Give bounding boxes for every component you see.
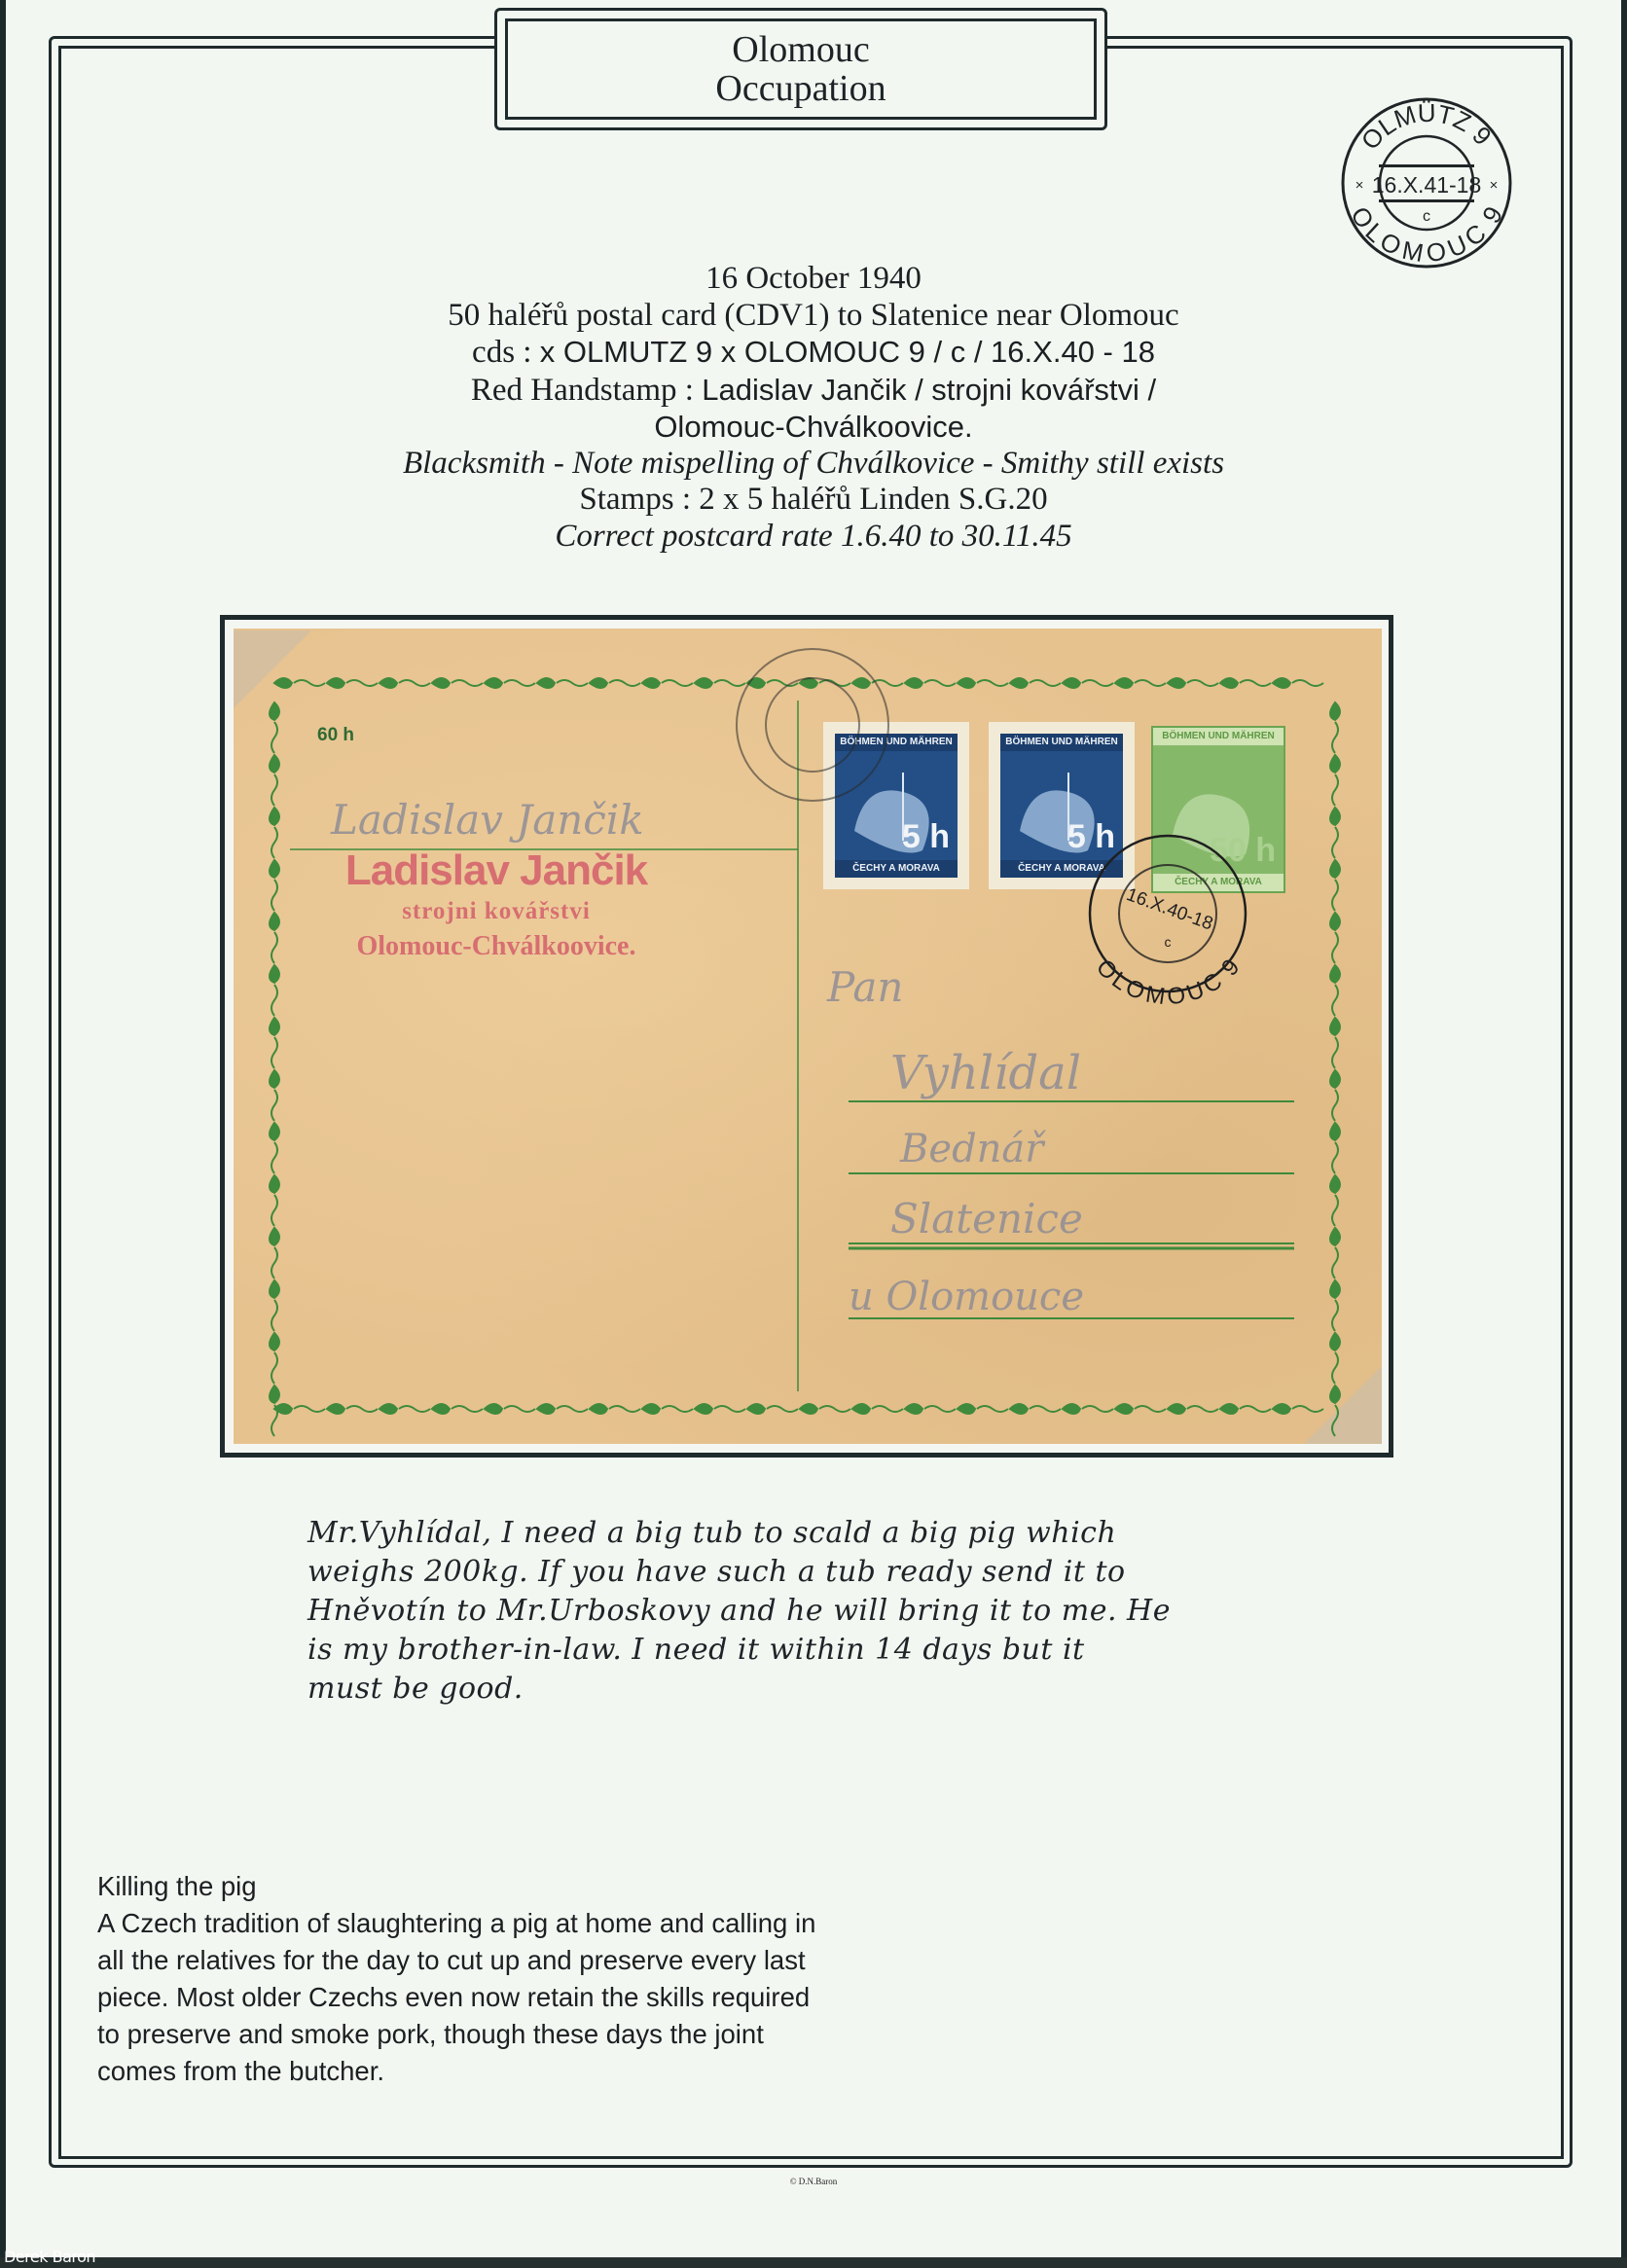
sender-signature: Ladislav Jančik: [331, 796, 644, 844]
red-handstamp: Ladislav Jančik strojni kovářstvi Olomou…: [292, 846, 701, 965]
address-line-5: u Olomouce: [849, 1275, 1084, 1319]
address-line-1: Pan: [827, 963, 903, 1011]
note-heading: Killing the pig: [97, 1868, 993, 1905]
card-postmark-left-icon: [725, 632, 900, 808]
card-postmark-right-icon: OLOMOUC 9 16.X.40-18 c: [1080, 832, 1255, 1007]
address-line-3: Bednář: [900, 1127, 1043, 1171]
scan-background: [0, 2257, 1627, 2268]
killing-the-pig-note: Killing the pig A Czech tradition of sla…: [97, 1868, 993, 2090]
svg-text:16.X.40-18: 16.X.40-18: [1124, 884, 1216, 935]
copyright: © D.N.Baron: [0, 2177, 1627, 2186]
translation-text: Mr.Vyhlídal, I need a big tub to scald a…: [307, 1514, 1358, 1709]
svg-text:c: c: [1165, 934, 1172, 950]
card-value-mark: 60 h: [317, 725, 354, 746]
address-line-4: Slatenice: [890, 1195, 1083, 1242]
address-line-2: Vyhlídal: [890, 1046, 1081, 1100]
watermark: Derek Baron: [4, 2248, 95, 2266]
